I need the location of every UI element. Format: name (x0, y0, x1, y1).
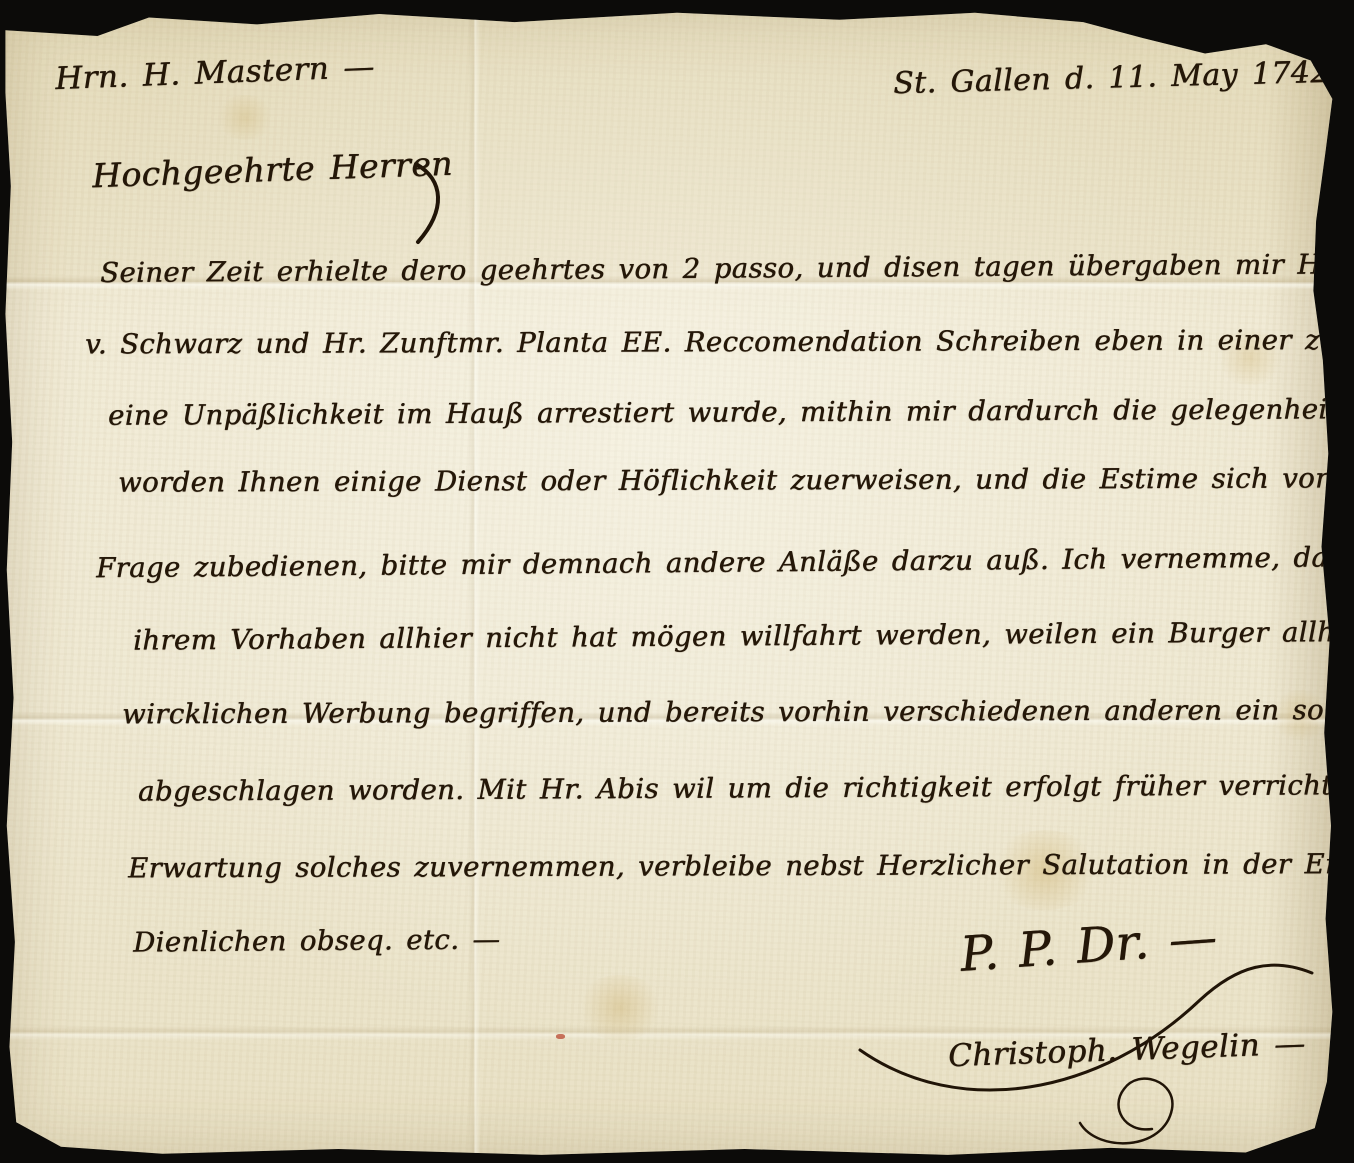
closing-line: Dienlichen obseq. etc. — (133, 923, 500, 958)
fold-crease-vertical (468, 0, 480, 1163)
body-line-6: ihrem Vorhaben allhier nicht hat mögen w… (133, 615, 1354, 656)
body-line-7: wircklichen Werbung begriffen, und berei… (122, 694, 1354, 731)
body-line-9: Erwartung solches zuvernemmen, verbleibe… (128, 848, 1354, 885)
body-line-4: worden Ihnen einige Dienst oder Höflichk… (118, 461, 1354, 498)
body-line-5: Frage zubedienen, bitte mir demnach ande… (96, 540, 1354, 584)
body-line-8: abgeschlagen worden. Mit Hr. Abis wil um… (138, 768, 1354, 807)
body-line-2: v. Schwarz und Hr. Zunftmr. Planta EE. R… (85, 324, 1354, 361)
scanned-letter: Hrn. H. Mastern — St. Gallen d. 11. May … (0, 0, 1354, 1163)
letter-paper: Hrn. H. Mastern — St. Gallen d. 11. May … (0, 0, 1354, 1163)
body-line-3: eine Unpäßlichkeit im Hauß arrestiert wu… (108, 392, 1354, 432)
upper-fold-shading (0, 0, 1354, 282)
